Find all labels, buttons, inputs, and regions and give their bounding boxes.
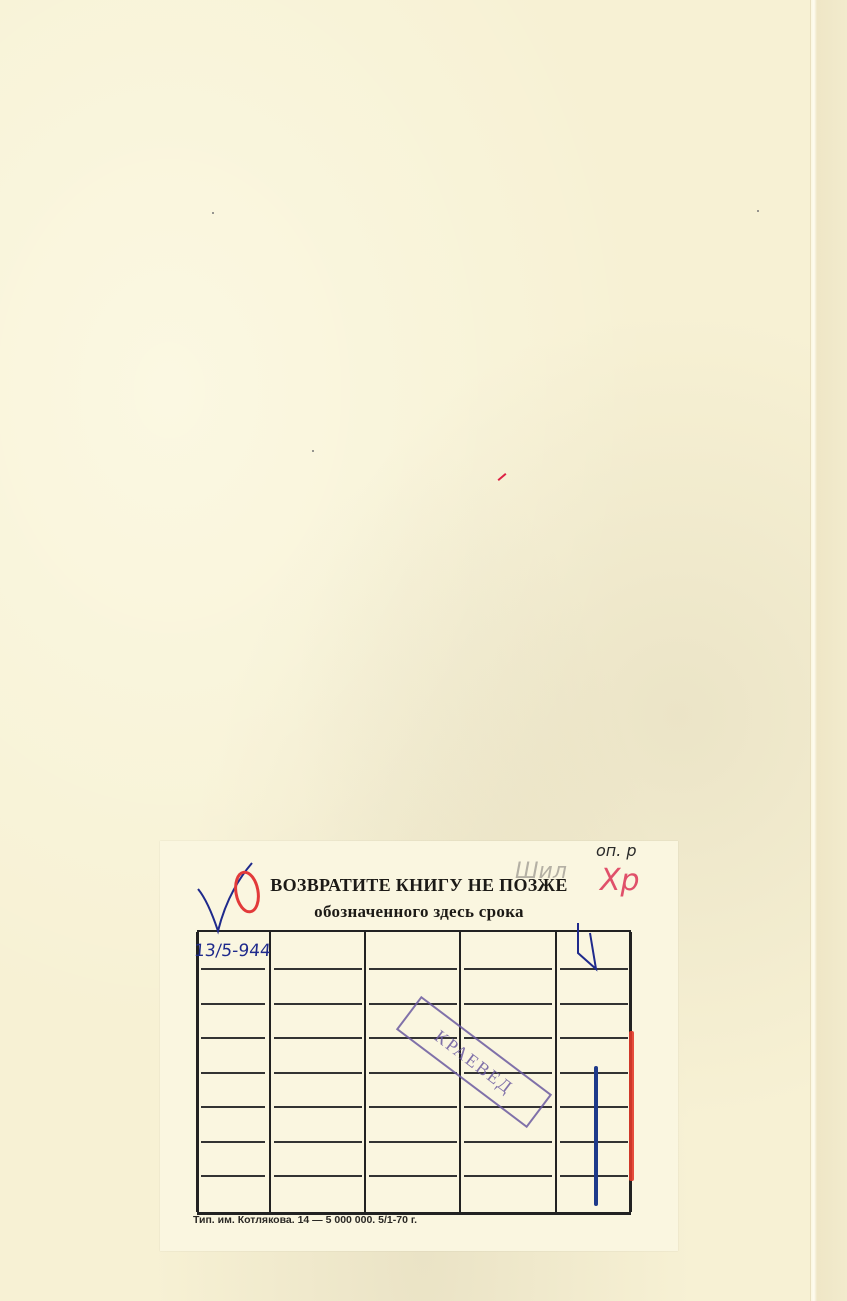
blue-triangle-mark-icon: [578, 923, 596, 969]
paper-speck: [312, 450, 314, 452]
handwritten-ink-marks: [160, 841, 678, 1251]
blue-pen-stroke: [594, 1066, 598, 1206]
red-pencil-tick: [498, 473, 507, 481]
paper-speck: [212, 212, 214, 214]
library-due-date-slip: ВОЗВРАТИТЕ КНИГУ НЕ ПОЗЖЕ обозначенного …: [160, 841, 678, 1251]
paper-speck: [757, 210, 759, 212]
red-pencil-stroke: [629, 1031, 634, 1181]
red-circle-mark-icon: [233, 870, 262, 913]
cover-right-edge: [810, 0, 847, 1301]
printer-imprint: Тип. им. Котлякова. 14 — 5 000 000. 5/1-…: [193, 1214, 417, 1226]
